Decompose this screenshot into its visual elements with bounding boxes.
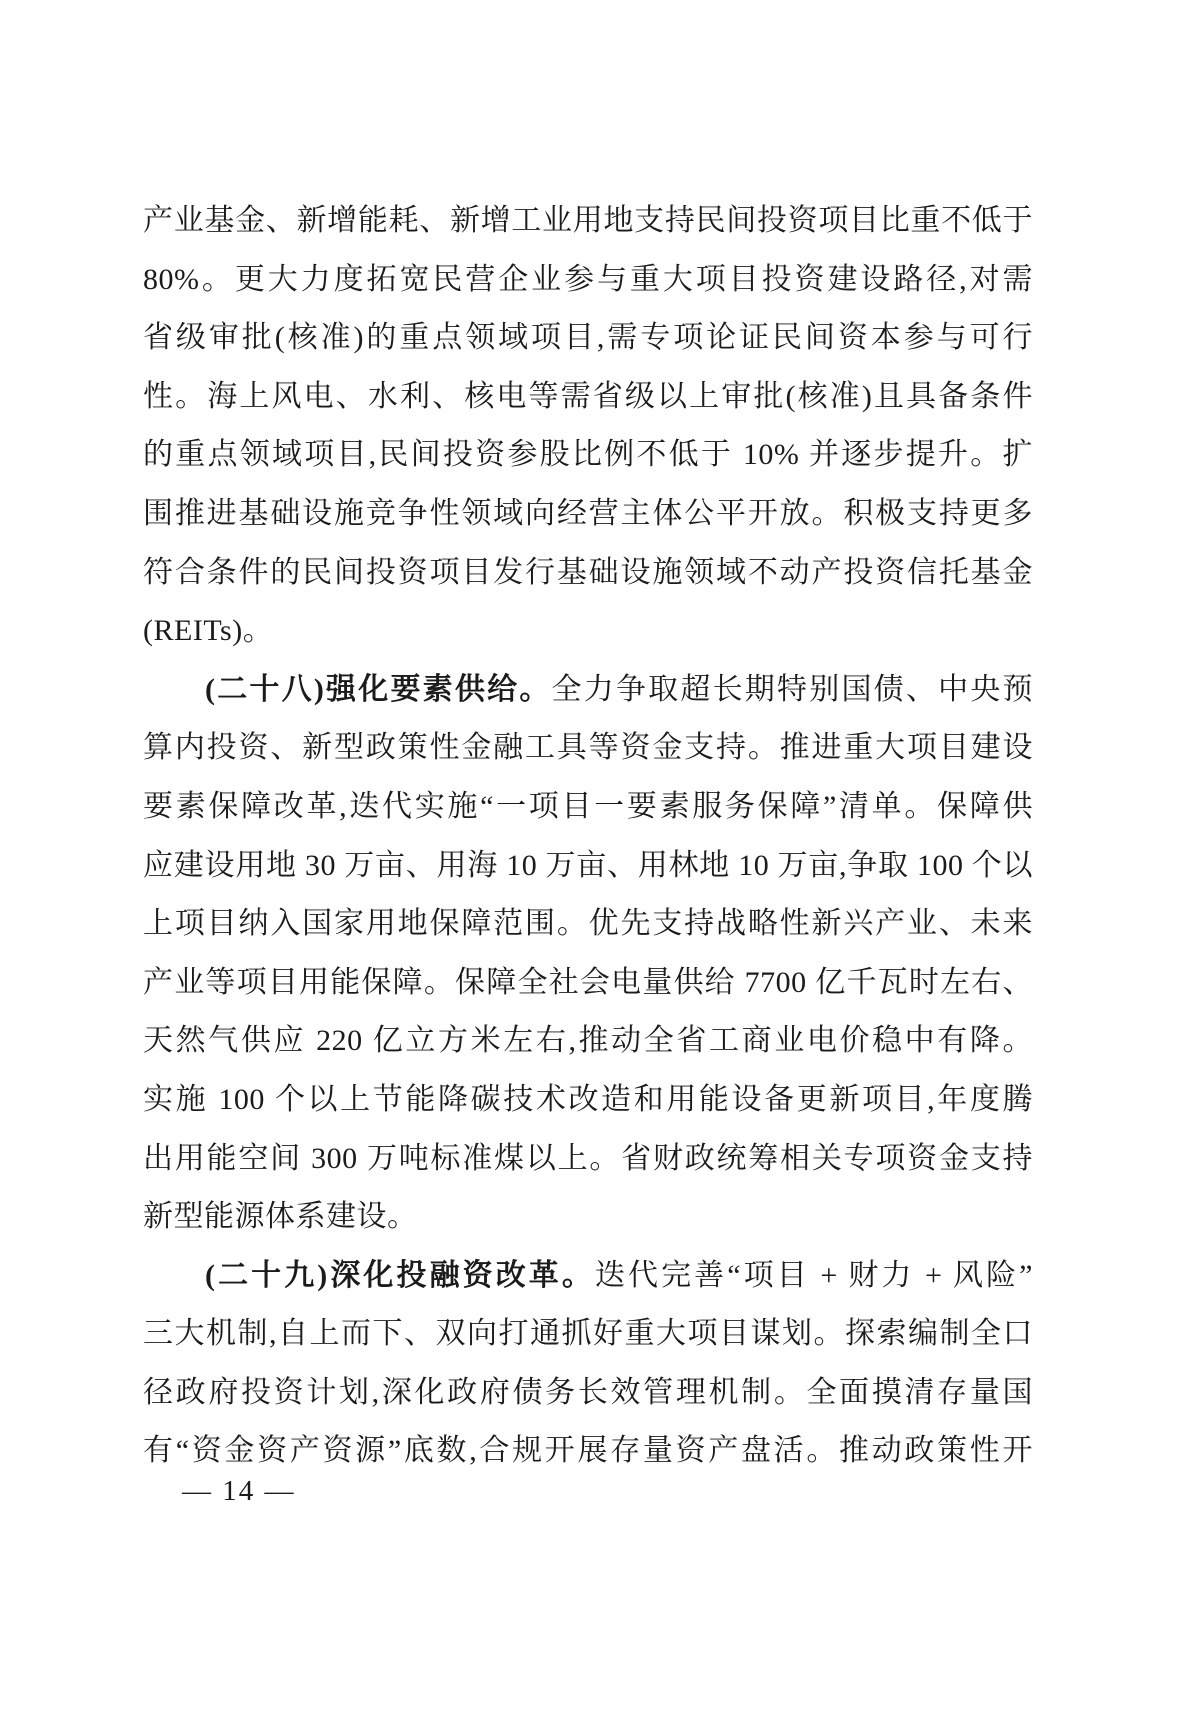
text-line: 要素保障改革,迭代实施“一项目一要素服务保障”清单。保障供 (143, 778, 1033, 837)
body-text: 径政府投资计划,深化政府债务长效管理机制。全面摸清存量国 (143, 1376, 1033, 1409)
body-text: 新型能源体系建设。 (143, 1200, 418, 1233)
body-text: 迭代完善“项目 + 财力 + 风险” (595, 1259, 1033, 1292)
section-heading: (二十八)强化要素供给。 (205, 673, 552, 706)
text-line: 符合条件的民间投资项目发行基础设施领域不动产投资信托基金 (143, 544, 1033, 603)
text-line: 算内投资、新型政策性金融工具等资金支持。推进重大项目建设 (143, 719, 1033, 778)
body-text: 80%。更大力度拓宽民营企业参与重大项目投资建设路径,对需 (143, 263, 1033, 296)
body-text: 应建设用地 30 万亩、用海 10 万亩、用林地 10 万亩,争取 100 个以 (143, 849, 1033, 882)
text-line: 上项目纳入国家用地保障范围。优先支持战略性新兴产业、未来 (143, 895, 1033, 954)
body-text: 的重点领域项目,民间投资参股比例不低于 10% 并逐步提升。扩 (143, 438, 1033, 471)
body-text: 要素保障改革,迭代实施“一项目一要素服务保障”清单。保障供 (143, 790, 1033, 823)
document-body: 产业基金、新增能耗、新增工业用地支持民间投资项目比重不低于80%。更大力度拓宽民… (143, 192, 1033, 1481)
text-line: 产业等项目用能保障。保障全社会电量供给 7700 亿千瓦时左右、 (143, 954, 1033, 1013)
body-text: 有“资金资产资源”底数,合规开展存量资产盘活。推动政策性开 (143, 1434, 1033, 1467)
document-page: 产业基金、新增能耗、新增工业用地支持民间投资项目比重不低于80%。更大力度拓宽民… (0, 0, 1191, 1730)
text-line: 出用能空间 300 万吨标准煤以上。省财政统筹相关专项资金支持 (143, 1130, 1033, 1189)
body-text: 实施 100 个以上节能降碳技术改造和用能设备更新项目,年度腾 (143, 1083, 1033, 1116)
body-text: 省级审批(核准)的重点领域项目,需专项论证民间资本参与可行 (143, 321, 1033, 354)
text-line: 有“资金资产资源”底数,合规开展存量资产盘活。推动政策性开 (143, 1422, 1033, 1481)
text-line: 径政府投资计划,深化政府债务长效管理机制。全面摸清存量国 (143, 1364, 1033, 1423)
body-text: 围推进基础设施竞争性领域向经营主体公平开放。积极支持更多 (143, 497, 1033, 530)
text-line: 的重点领域项目,民间投资参股比例不低于 10% 并逐步提升。扩 (143, 426, 1033, 485)
body-text: 符合条件的民间投资项目发行基础设施领域不动产投资信托基金 (143, 556, 1033, 589)
body-text: 产业等项目用能保障。保障全社会电量供给 7700 亿千瓦时左右、 (143, 966, 1033, 999)
text-line: 产业基金、新增能耗、新增工业用地支持民间投资项目比重不低于 (143, 192, 1033, 251)
body-text: 天然气供应 220 亿立方米左右,推动全省工商业电价稳中有降。 (143, 1024, 1033, 1057)
text-line: 三大机制,自上而下、双向打通抓好重大项目谋划。探索编制全口 (143, 1305, 1033, 1364)
section-heading: (二十九)深化投融资改革。 (205, 1259, 595, 1292)
text-line: 天然气供应 220 亿立方米左右,推动全省工商业电价稳中有降。 (143, 1012, 1033, 1071)
body-text: 上项目纳入国家用地保障范围。优先支持战略性新兴产业、未来 (143, 907, 1033, 940)
text-line: 围推进基础设施竞争性领域向经营主体公平开放。积极支持更多 (143, 485, 1033, 544)
text-line: 实施 100 个以上节能降碳技术改造和用能设备更新项目,年度腾 (143, 1071, 1033, 1130)
body-text: 全力争取超长期特别国债、中央预 (552, 673, 1033, 706)
text-line: 新型能源体系建设。 (143, 1188, 1033, 1247)
text-line: (二十八)强化要素供给。全力争取超长期特别国债、中央预 (143, 661, 1033, 720)
body-text: 三大机制,自上而下、双向打通抓好重大项目谋划。探索编制全口 (143, 1317, 1033, 1350)
text-line: (二十九)深化投融资改革。迭代完善“项目 + 财力 + 风险” (143, 1247, 1033, 1306)
text-line: 省级审批(核准)的重点领域项目,需专项论证民间资本参与可行 (143, 309, 1033, 368)
body-text: 性。海上风电、水利、核电等需省级以上审批(核准)且具备条件 (143, 380, 1033, 413)
text-line: (REITs)。 (143, 602, 1033, 661)
text-line: 性。海上风电、水利、核电等需省级以上审批(核准)且具备条件 (143, 368, 1033, 427)
body-text: (REITs)。 (143, 614, 273, 647)
body-text: 出用能空间 300 万吨标准煤以上。省财政统筹相关专项资金支持 (143, 1142, 1033, 1175)
text-line: 应建设用地 30 万亩、用海 10 万亩、用林地 10 万亩,争取 100 个以 (143, 837, 1033, 896)
page-number: — 14 — (182, 1474, 296, 1508)
body-text: 算内投资、新型政策性金融工具等资金支持。推进重大项目建设 (143, 731, 1033, 764)
body-text: 产业基金、新增能耗、新增工业用地支持民间投资项目比重不低于 (143, 204, 1033, 237)
text-line: 80%。更大力度拓宽民营企业参与重大项目投资建设路径,对需 (143, 251, 1033, 310)
